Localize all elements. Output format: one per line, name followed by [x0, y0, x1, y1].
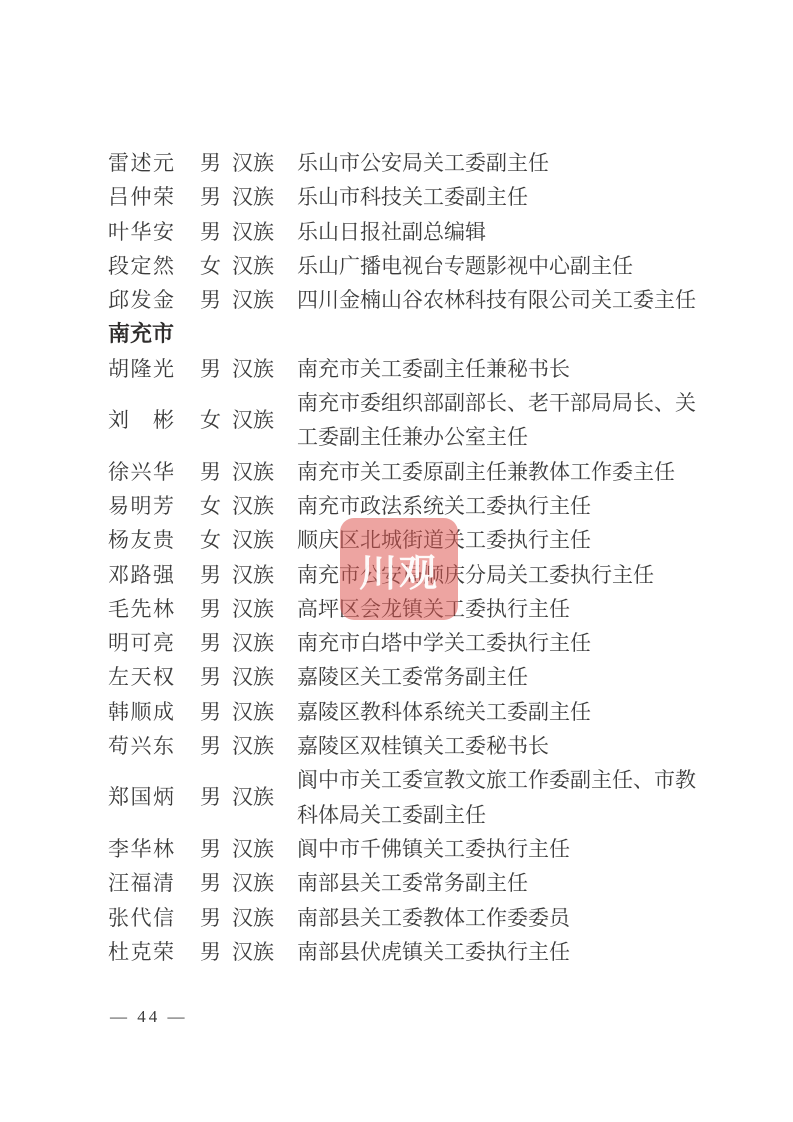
person-name: 叶华安 [108, 215, 174, 249]
person-gender: 男 [200, 215, 222, 249]
person-gender: 男 [200, 780, 222, 814]
person-name: 汪福清 [108, 866, 174, 900]
person-ethnicity: 汉族 [232, 180, 277, 214]
person-gender: 男 [200, 455, 222, 489]
table-row: 明可亮男汉族南充市白塔中学关工委执行主任 [108, 626, 708, 660]
page-number: — 44 — [110, 1003, 188, 1031]
city-section-header: 南充市 [108, 317, 708, 351]
person-gender: 男 [200, 626, 222, 660]
person-ethnicity: 汉族 [232, 352, 277, 386]
person-position: 南部县伏虎镇关工委执行主任 [297, 935, 570, 969]
person-ethnicity: 汉族 [232, 523, 277, 557]
table-row: 杜克荣男汉族南部县伏虎镇关工委执行主任 [108, 935, 708, 969]
person-position: 乐山日报社副总编辑 [297, 215, 486, 249]
person-name: 邓路强 [108, 558, 174, 592]
person-gender: 女 [200, 403, 222, 437]
person-ethnicity: 汉族 [232, 283, 277, 317]
person-name: 吕仲荣 [108, 180, 174, 214]
table-row: 邱发金男汉族四川金楠山谷农林科技有限公司关工委主任 [108, 283, 708, 317]
person-ethnicity: 汉族 [232, 660, 277, 694]
person-name: 左天权 [108, 660, 174, 694]
person-position: 南充市公安局顺庆分局关工委执行主任 [297, 558, 654, 592]
person-gender: 男 [200, 592, 222, 626]
person-position: 嘉陵区教科体系统关工委副主任 [297, 695, 591, 729]
person-ethnicity: 汉族 [232, 626, 277, 660]
table-row: 汪福清男汉族南部县关工委常务副主任 [108, 866, 708, 900]
person-position: 乐山市公安局关工委副主任 [297, 146, 549, 180]
person-position: 阆中市千佛镇关工委执行主任 [297, 832, 570, 866]
table-row: 段定然女汉族乐山广播电视台专题影视中心副主任 [108, 249, 708, 283]
person-position: 南充市关工委副主任兼秘书长 [297, 352, 570, 386]
person-name: 郑国炳 [108, 780, 174, 814]
table-row: 易明芳女汉族南充市政法系统关工委执行主任 [108, 489, 708, 523]
table-row: 毛先林男汉族高坪区会龙镇关工委执行主任 [108, 592, 708, 626]
table-row: 张代信男汉族南部县关工委教体工作委委员 [108, 901, 708, 935]
person-gender: 女 [200, 489, 222, 523]
table-row: 左天权男汉族嘉陵区关工委常务副主任 [108, 660, 708, 694]
person-position: 高坪区会龙镇关工委执行主任 [297, 592, 570, 626]
table-row: 胡隆光男汉族南充市关工委副主任兼秘书长 [108, 352, 708, 386]
person-name: 胡隆光 [108, 352, 174, 386]
table-row: 吕仲荣男汉族乐山市科技关工委副主任 [108, 180, 708, 214]
person-gender: 男 [200, 866, 222, 900]
city-section-label: 南充市 [108, 317, 174, 351]
person-position: 嘉陵区关工委常务副主任 [297, 660, 528, 694]
person-ethnicity: 汉族 [232, 832, 277, 866]
person-position: 顺庆区北城街道关工委执行主任 [297, 523, 591, 557]
person-name: 杨友贵 [108, 523, 174, 557]
person-gender: 女 [200, 523, 222, 557]
person-ethnicity: 汉族 [232, 695, 277, 729]
person-name: 张代信 [108, 901, 174, 935]
table-row: 刘 彬女汉族南充市委组织部副部长、老干部局局长、关 工委副主任兼办公室主任 [108, 386, 708, 455]
person-gender: 男 [200, 558, 222, 592]
person-gender: 男 [200, 935, 222, 969]
table-row: 雷述元男汉族乐山市公安局关工委副主任 [108, 146, 708, 180]
award-list: 雷述元男汉族乐山市公安局关工委副主任吕仲荣男汉族乐山市科技关工委副主任叶华安男汉… [108, 146, 708, 969]
person-name: 邱发金 [108, 283, 174, 317]
person-gender: 男 [200, 660, 222, 694]
person-ethnicity: 汉族 [232, 249, 277, 283]
table-row: 邓路强男汉族南充市公安局顺庆分局关工委执行主任 [108, 558, 708, 592]
document-page: 雷述元男汉族乐山市公安局关工委副主任吕仲荣男汉族乐山市科技关工委副主任叶华安男汉… [0, 0, 793, 1122]
person-name: 易明芳 [108, 489, 174, 523]
person-name: 杜克荣 [108, 935, 174, 969]
person-gender: 男 [200, 901, 222, 935]
person-gender: 男 [200, 180, 222, 214]
person-position: 南充市白塔中学关工委执行主任 [297, 626, 591, 660]
person-ethnicity: 汉族 [232, 935, 277, 969]
person-ethnicity: 汉族 [232, 901, 277, 935]
person-name: 徐兴华 [108, 455, 174, 489]
table-row: 苟兴东男汉族嘉陵区双桂镇关工委秘书长 [108, 729, 708, 763]
person-gender: 男 [200, 832, 222, 866]
person-ethnicity: 汉族 [232, 780, 277, 814]
table-row: 李华林男汉族阆中市千佛镇关工委执行主任 [108, 832, 708, 866]
person-position: 南充市政法系统关工委执行主任 [297, 489, 591, 523]
person-position: 南部县关工委教体工作委委员 [297, 901, 570, 935]
person-ethnicity: 汉族 [232, 729, 277, 763]
person-gender: 男 [200, 729, 222, 763]
person-position: 阆中市关工委宣教文旅工作委副主任、市教 科体局关工委副主任 [297, 763, 696, 832]
table-row: 韩顺成男汉族嘉陵区教科体系统关工委副主任 [108, 695, 708, 729]
person-position: 南充市关工委原副主任兼教体工作委主任 [297, 455, 675, 489]
person-gender: 男 [200, 352, 222, 386]
person-position: 四川金楠山谷农林科技有限公司关工委主任 [297, 283, 696, 317]
person-gender: 男 [200, 283, 222, 317]
person-ethnicity: 汉族 [232, 403, 277, 437]
person-name: 刘 彬 [108, 403, 174, 437]
table-row: 徐兴华男汉族南充市关工委原副主任兼教体工作委主任 [108, 455, 708, 489]
person-name: 李华林 [108, 832, 174, 866]
person-name: 毛先林 [108, 592, 174, 626]
person-name: 雷述元 [108, 146, 174, 180]
person-gender: 男 [200, 695, 222, 729]
person-name: 明可亮 [108, 626, 174, 660]
person-ethnicity: 汉族 [232, 592, 277, 626]
person-ethnicity: 汉族 [232, 866, 277, 900]
person-position: 嘉陵区双桂镇关工委秘书长 [297, 729, 549, 763]
person-position: 南部县关工委常务副主任 [297, 866, 528, 900]
person-gender: 女 [200, 249, 222, 283]
person-ethnicity: 汉族 [232, 215, 277, 249]
person-position: 南充市委组织部副部长、老干部局局长、关 工委副主任兼办公室主任 [297, 386, 696, 455]
person-gender: 男 [200, 146, 222, 180]
person-ethnicity: 汉族 [232, 146, 277, 180]
person-ethnicity: 汉族 [232, 489, 277, 523]
table-row: 叶华安男汉族乐山日报社副总编辑 [108, 215, 708, 249]
person-name: 段定然 [108, 249, 174, 283]
person-ethnicity: 汉族 [232, 455, 277, 489]
person-ethnicity: 汉族 [232, 558, 277, 592]
table-row: 郑国炳男汉族阆中市关工委宣教文旅工作委副主任、市教 科体局关工委副主任 [108, 763, 708, 832]
person-name: 苟兴东 [108, 729, 174, 763]
person-position: 乐山广播电视台专题影视中心副主任 [297, 249, 633, 283]
person-position: 乐山市科技关工委副主任 [297, 180, 528, 214]
table-row: 杨友贵女汉族顺庆区北城街道关工委执行主任 [108, 523, 708, 557]
person-name: 韩顺成 [108, 695, 174, 729]
